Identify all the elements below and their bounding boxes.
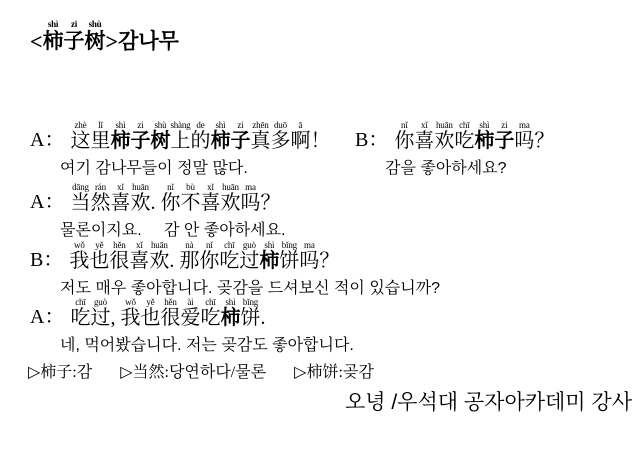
title-close-bracket: > <box>106 30 119 53</box>
vocab-item-shibing: ▷柿饼:곶감 <box>294 359 374 382</box>
chinese-text-with-pinyin: 当dāng然rán喜xǐ欢huān. 你nǐ不bù喜xǐ欢huān吗ma？ <box>70 183 280 214</box>
chinese-text-with-pinyin: 吃chī过guò, 我wǒ也yě很hěn爱ài吃chī柿shì饼bǐng. <box>70 298 265 329</box>
korean-translation: 여기 감나무들이 정말 많다. <box>60 155 330 178</box>
chinese-line: A： 这zhè里lǐ柿shì子zi树shù上shàng的de柿shì子zi真zh… <box>30 121 330 152</box>
chinese-line: A： 吃chī过guò, 我wǒ也yě很hěn爱ài吃chī柿shì饼bǐng. <box>30 298 354 329</box>
dialogue-line-a2: A： 当dāng然rán喜xǐ欢huān. 你nǐ不bù喜xǐ欢huān吗ma？… <box>30 183 285 240</box>
dialogue-line-a3: A： 吃chī过guò, 我wǒ也yě很hěn爱ài吃chī柿shì饼bǐng.… <box>30 298 354 355</box>
title-hanzi-with-pinyin: 柿shì子zi树shù <box>43 20 106 53</box>
chinese-text-with-pinyin: 这zhè里lǐ柿shì子zi树shù上shàng的de柿shì子zi真zhēn多… <box>70 121 330 152</box>
vocabulary-row: ▷柿子:감 ▷当然:당연하다/물론 ▷柿饼:곶감 <box>28 359 374 382</box>
dialogue-line-b1: B： 你nǐ喜xǐ欢huān吃chī柿shì子zi吗ma？ 감을 좋아하세요? <box>355 121 554 178</box>
chinese-text-with-pinyin: 你nǐ喜xǐ欢huān吃chī柿shì子zi吗ma？ <box>394 121 554 152</box>
title-open-bracket: < <box>30 30 43 53</box>
chinese-text-with-pinyin: 我wǒ也yě很hěn喜xǐ欢huān. 那nà你nǐ吃chī过guò柿shì饼b… <box>69 241 339 272</box>
korean-translation: 감을 좋아하세요? <box>385 155 554 178</box>
vocab-item-dangran: ▷当然:당연하다/물론 <box>120 359 266 382</box>
speaker-label: A： <box>30 129 70 152</box>
chinese-line: B： 我wǒ也yě很hěn喜xǐ欢huān. 那nà你nǐ吃chī过guò柿sh… <box>30 241 440 272</box>
speaker-label: A： <box>30 306 70 329</box>
dialogue-line-a1: A： 这zhè里lǐ柿shì子zi树shù上shàng的de柿shì子zi真zh… <box>30 121 330 178</box>
speaker-label: B： <box>30 249 69 272</box>
credit-line: 오녕 /우석대 공자아카데미 강사 <box>345 386 632 416</box>
speaker-label: A： <box>30 191 70 214</box>
page: < 柿shì子zi树shù > 감나무 A： 这zhè里lǐ柿shì子zi树sh… <box>0 0 640 453</box>
korean-translation: 네, 먹어봤습니다. 저는 곶감도 좋아합니다. <box>60 332 354 355</box>
title-korean: 감나무 <box>118 31 179 53</box>
page-title: < 柿shì子zi树shù > 감나무 <box>30 20 179 53</box>
korean-translation: 물론이지요. 감 안 좋아하세요. <box>60 217 285 240</box>
speaker-label: B： <box>355 129 394 152</box>
vocab-item-shizi: ▷柿子:감 <box>28 359 92 382</box>
chinese-line: A： 当dāng然rán喜xǐ欢huān. 你nǐ不bù喜xǐ欢huān吗ma？ <box>30 183 285 214</box>
korean-translation: 저도 매우 좋아합니다. 곶감을 드셔보신 적이 있습니까? <box>60 275 440 298</box>
chinese-line: B： 你nǐ喜xǐ欢huān吃chī柿shì子zi吗ma？ <box>355 121 554 152</box>
dialogue-line-b2: B： 我wǒ也yě很hěn喜xǐ欢huān. 那nà你nǐ吃chī过guò柿sh… <box>30 241 440 298</box>
